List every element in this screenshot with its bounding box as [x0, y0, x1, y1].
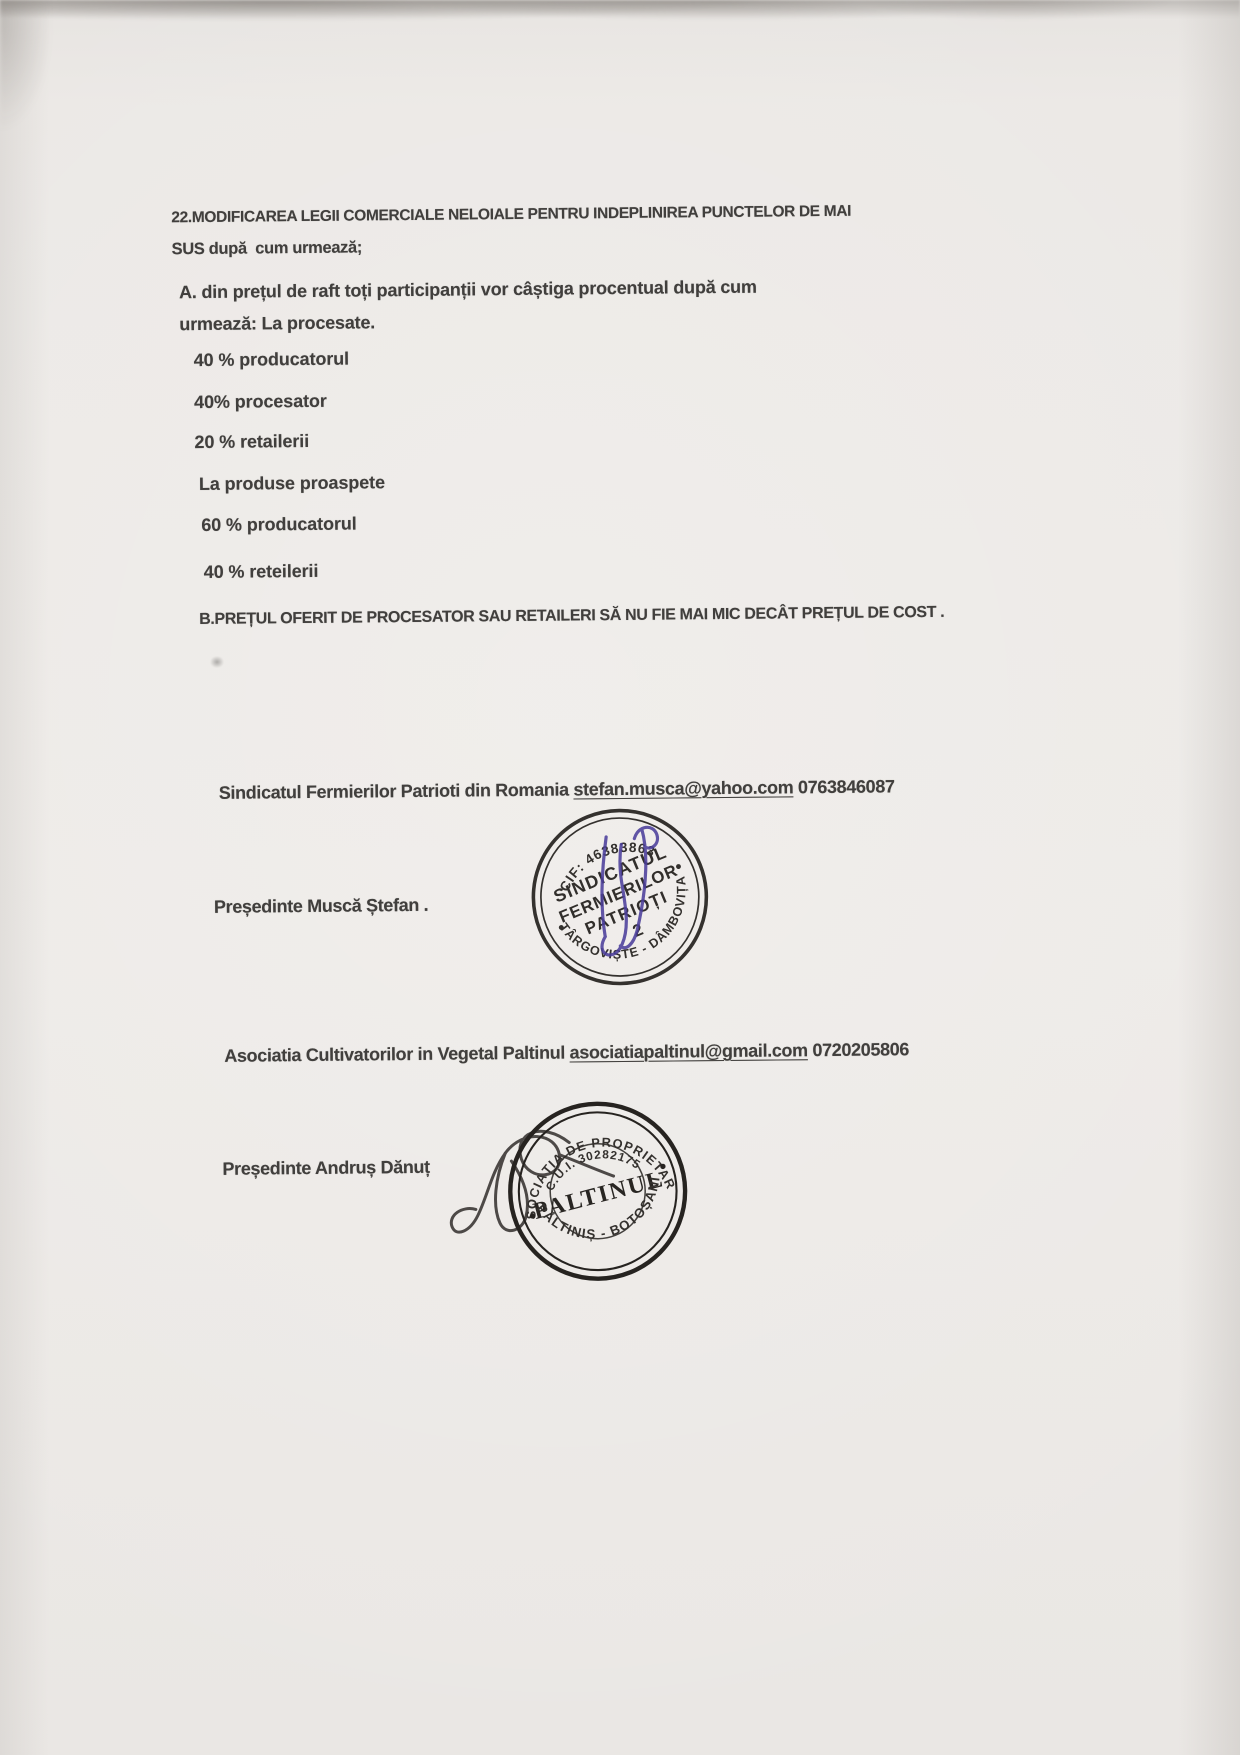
paragraph-b: B.PREȚUL OFERIT DE PROCESATOR SAU RETAIL…	[199, 598, 944, 635]
phone-number: 0720205806	[808, 1039, 909, 1060]
email-address: asociatiapaltinul@gmail.com	[570, 1040, 808, 1062]
list-item: 40 % reteilerii	[204, 561, 319, 583]
paragraph-a-line1: A. din prețul de raft toți participanții…	[179, 271, 757, 309]
paragraph-a-line2: urmează: La procesate.	[179, 306, 375, 340]
contact-line-paltinul: Asociatia Cultivatorilor in Vegetal Palt…	[196, 1018, 909, 1088]
stamp-association-text: ASOCIAȚIA DE PROPRIETARI	[502, 1095, 680, 1233]
svg-text:ASOCIAȚIA DE PROPRIETARI: ASOCIAȚIA DE PROPRIETARI	[502, 1095, 680, 1233]
paragraph-22-line1: 22.MODIFICAREA LEGII COMERCIALE NELOIALE…	[171, 197, 851, 234]
president-line-paltinul: Președinte Andruș Dănuț	[222, 1157, 430, 1180]
list-item: 40 % producatorul	[194, 349, 350, 371]
sindicatul-stamp: CIF: 46383863 SINDICATUL FERMIERILOR PAT…	[525, 802, 715, 992]
paragraph-22-line2: SUS după cum urmează;	[171, 232, 362, 264]
org-name: Sindicatul Fermierilor Patrioti din Roma…	[219, 779, 574, 802]
email-address: stefan.musca@yahoo.com	[573, 777, 793, 799]
document-body: 22.MODIFICAREA LEGII COMERCIALE NELOIALE…	[0, 0, 1240, 1755]
list-item: 20 % retailerii	[194, 431, 309, 453]
org-name: Asociatia Cultivatorilor in Vegetal Palt…	[224, 1043, 570, 1066]
list-item: La produse proaspete	[199, 472, 385, 495]
phone-number: 0763846087	[793, 776, 894, 797]
list-item: 60 % producatorul	[201, 514, 357, 536]
list-item: 40% procesator	[194, 391, 327, 413]
president-line-sindicatul: Președinte Muscă Ștefan .	[214, 895, 429, 918]
scanned-page: 22.MODIFICAREA LEGII COMERCIALE NELOIALE…	[0, 0, 1240, 1755]
paltinul-stamp: ASOCIAȚIA DE PROPRIETARI C.U.I. 30282175…	[502, 1095, 694, 1287]
